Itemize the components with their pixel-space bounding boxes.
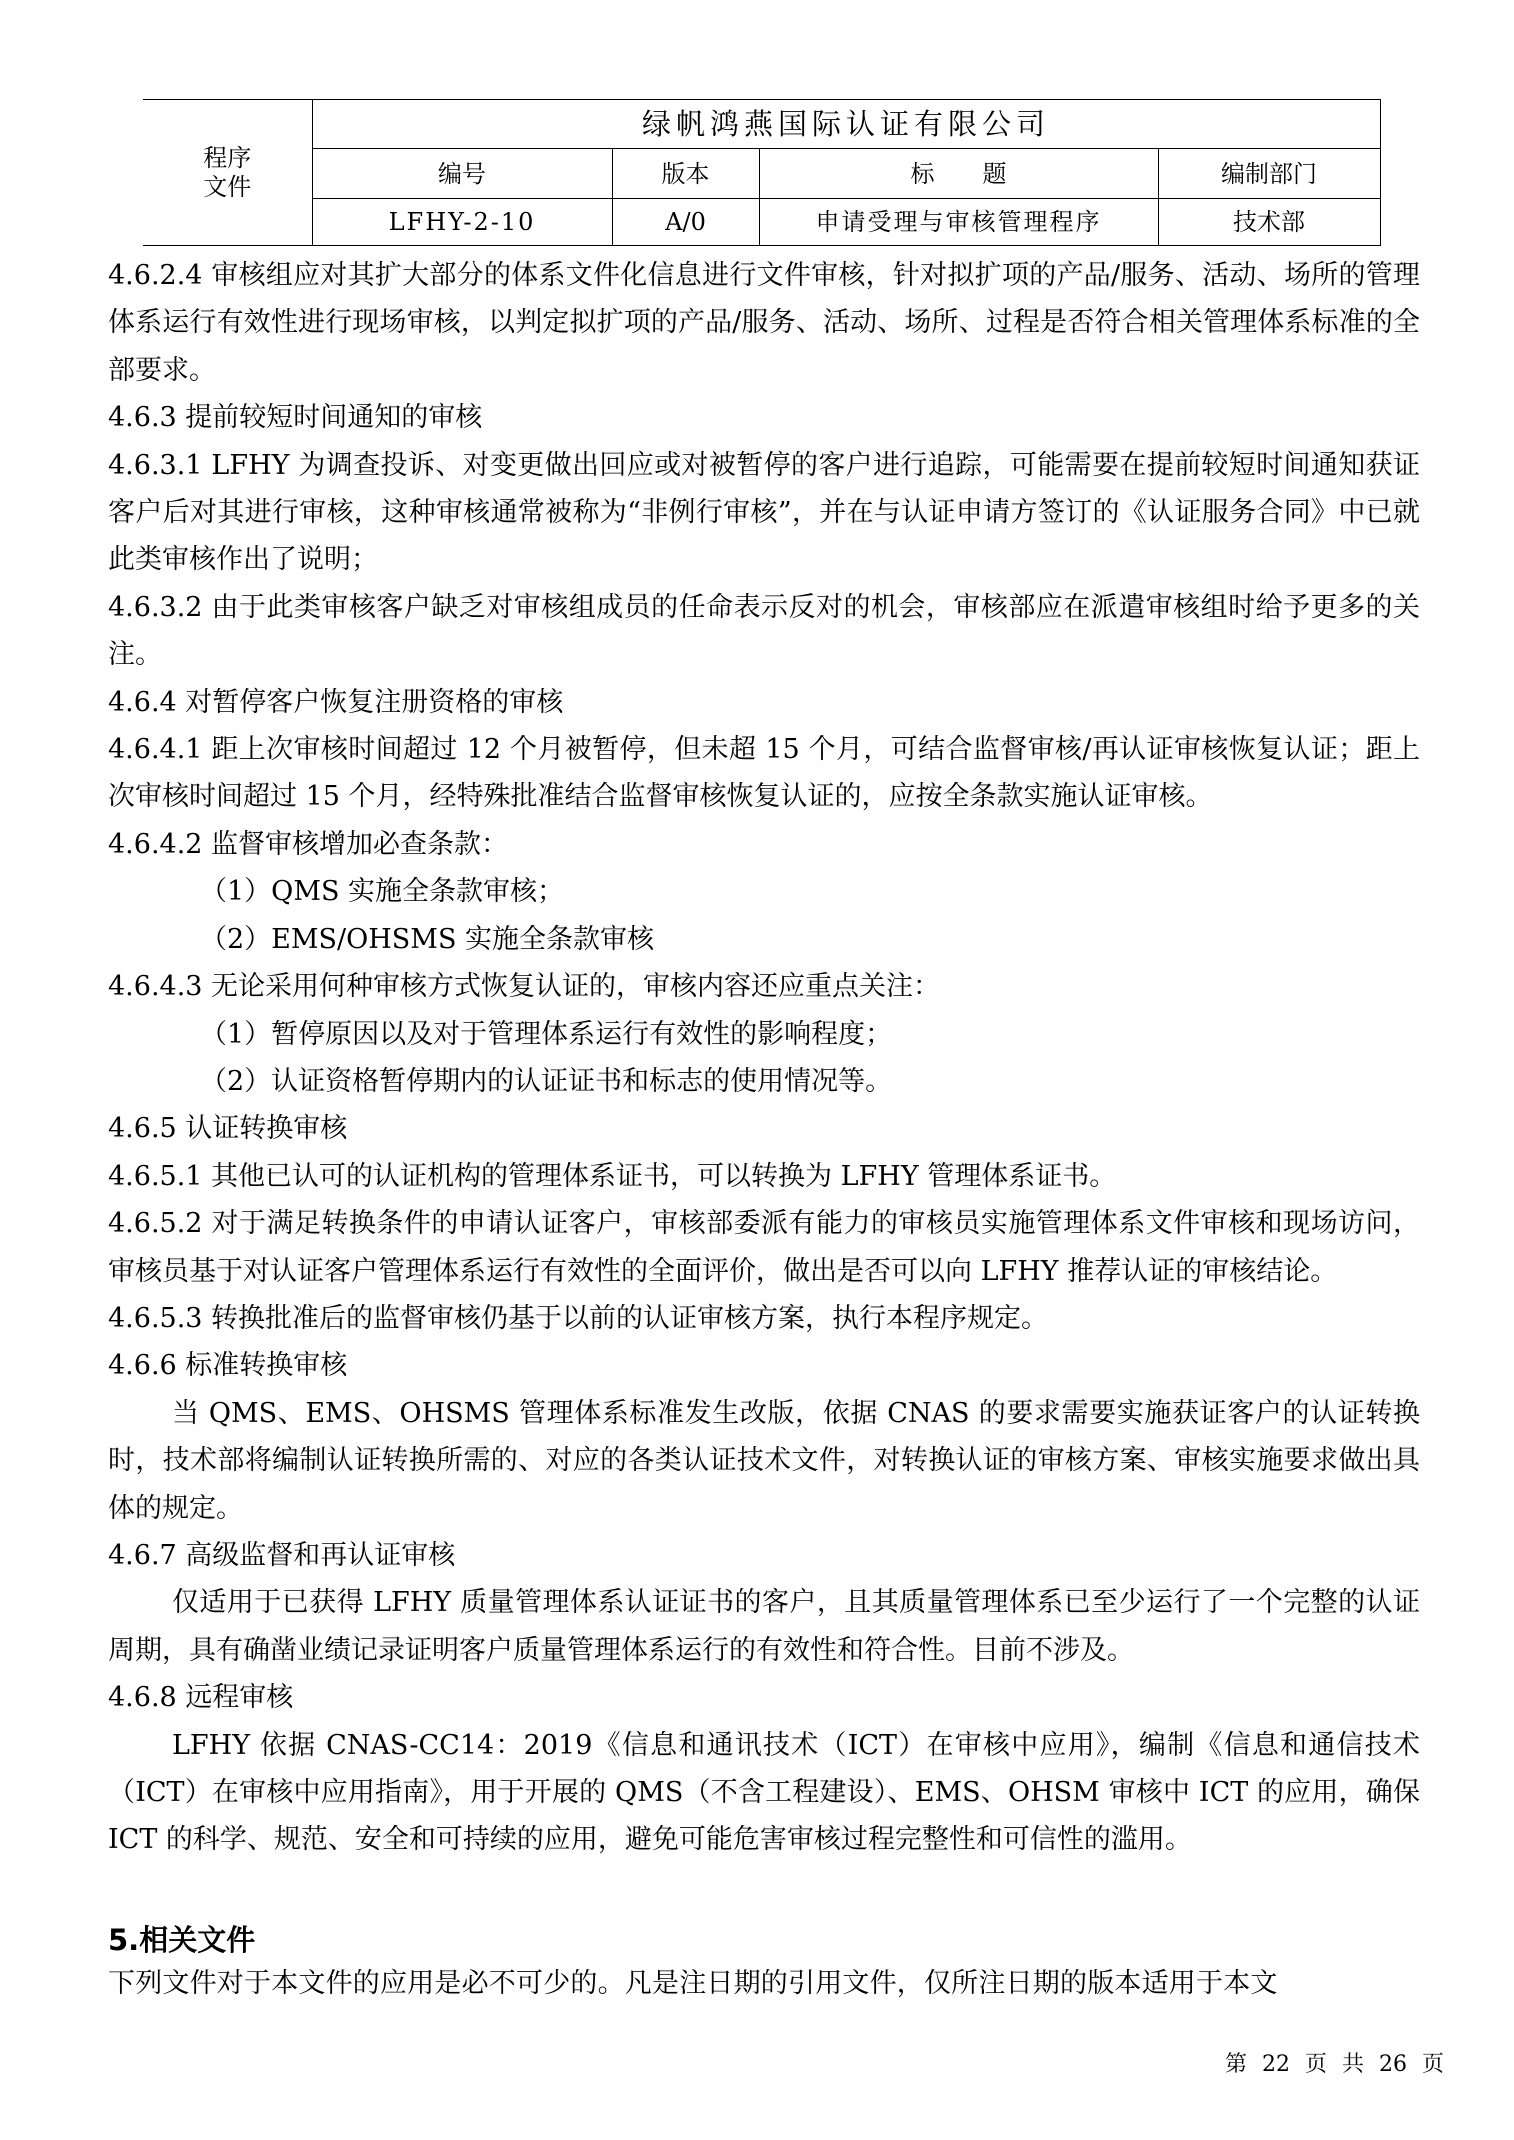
- col-header-number: 编号: [312, 149, 612, 199]
- paragraph-standard-transition: 当 QMS、EMS、OHSMS 管理体系标准发生改版，依据 CNAS 的要求需要…: [108, 1390, 1420, 1532]
- clause-4-6-5-2: 4.6.5.2 对于满足转换条件的申请认证客户，审核部委派有能力的审核员实施管理…: [108, 1200, 1420, 1295]
- doc-type-cell: 程序 文件: [143, 100, 312, 246]
- col-header-department: 编制部门: [1158, 149, 1380, 199]
- heading-4-6-5: 4.6.5 认证转换审核: [108, 1105, 1420, 1152]
- list-item: （1）暂停原因以及对于管理体系运行有效性的影响程度；: [108, 1011, 1420, 1058]
- clause-4-6-3-1: 4.6.3.1 LFHY 为调查投诉、对变更做出回应或对被暂停的客户进行追踪，可…: [108, 442, 1420, 584]
- document-body: 4.6.2.4 审核组应对其扩大部分的体系文件化信息进行文件审核，针对拟扩项的产…: [108, 252, 1420, 1864]
- col-header-version: 版本: [612, 149, 759, 199]
- section-5-intro: 下列文件对于本文件的应用是必不可少的。凡是注日期的引用文件，仅所注日期的版本适用…: [108, 1960, 1420, 2007]
- clause-4-6-4-3: 4.6.4.3 无论采用何种审核方式恢复认证的，审核内容还应重点关注：: [108, 963, 1420, 1010]
- heading-4-6-7: 4.6.7 高级监督和再认证审核: [108, 1532, 1420, 1579]
- doc-title-value: 申请受理与审核管理程序: [759, 199, 1158, 246]
- company-name: 绿帆鸿燕国际认证有限公司: [312, 100, 1380, 149]
- heading-4-6-4: 4.6.4 对暂停客户恢复注册资格的审核: [108, 679, 1420, 726]
- document-header-table: 程序 文件 绿帆鸿燕国际认证有限公司 编号 版本 标 题 编制部门 LFHY-2…: [143, 99, 1381, 246]
- list-item: （2）EMS/OHSMS 实施全条款审核: [108, 916, 1420, 963]
- paragraph-remote-audit: LFHY 依据 CNAS-CC14：2019《信息和通讯技术（ICT）在审核中应…: [108, 1722, 1420, 1864]
- doc-version-value: A/0: [612, 199, 759, 246]
- clause-4-6-4-1: 4.6.4.1 距上次审核时间超过 12 个月被暂停，但未超 15 个月，可结合…: [108, 726, 1420, 821]
- clause-4-6-5-1: 4.6.5.1 其他已认可的认证机构的管理体系证书，可以转换为 LFHY 管理体…: [108, 1153, 1420, 1200]
- heading-4-6-8: 4.6.8 远程审核: [108, 1674, 1420, 1721]
- doc-type-line1: 程序: [143, 144, 312, 173]
- doc-number-value: LFHY-2-10: [312, 199, 612, 246]
- list-item: （2）认证资格暂停期内的认证证书和标志的使用情况等。: [108, 1058, 1420, 1105]
- heading-4-6-3: 4.6.3 提前较短时间通知的审核: [108, 394, 1420, 441]
- col-header-title: 标 题: [759, 149, 1158, 199]
- clause-4-6-4-2: 4.6.4.2 监督审核增加必查条款：: [108, 821, 1420, 868]
- list-item: （1）QMS 实施全条款审核；: [108, 868, 1420, 915]
- clause-4-6-5-3: 4.6.5.3 转换批准后的监督审核仍基于以前的认证审核方案，执行本程序规定。: [108, 1295, 1420, 1342]
- page-number: 第 22 页 共 26 页: [1225, 2050, 1420, 2080]
- paragraph-advanced-surveillance: 仅适用于已获得 LFHY 质量管理体系认证证书的客户，且其质量管理体系已至少运行…: [108, 1579, 1420, 1674]
- doc-department-value: 技术部: [1158, 199, 1380, 246]
- doc-type-line2: 文件: [143, 173, 312, 202]
- section-5-title: 5.相关文件: [108, 1918, 255, 1962]
- clause-4-6-3-2: 4.6.3.2 由于此类审核客户缺乏对审核组成员的任命表示反对的机会，审核部应在…: [108, 584, 1420, 679]
- clause-4-6-2-4: 4.6.2.4 审核组应对其扩大部分的体系文件化信息进行文件审核，针对拟扩项的产…: [108, 252, 1420, 394]
- heading-4-6-6: 4.6.6 标准转换审核: [108, 1342, 1420, 1389]
